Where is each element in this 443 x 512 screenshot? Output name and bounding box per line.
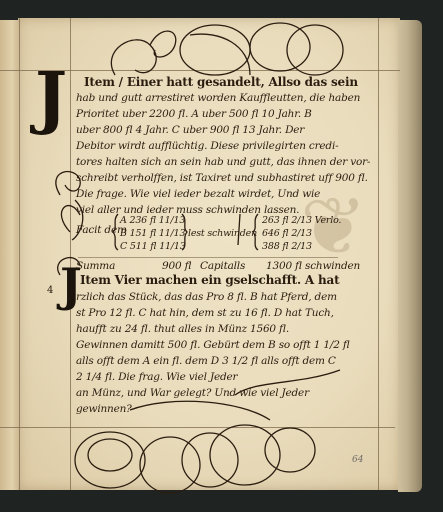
rule-summa [78, 257, 338, 258]
text-line: 2 1/4 fl. Die frag. Wie viel Jeder [76, 371, 237, 384]
summa-middle: Capitalls [200, 260, 245, 273]
text-line: Prioritet uber 2200 fl. A uber 500 fl 10… [76, 108, 312, 121]
text-line: schreibt verholffen, ist Taxiret und sub… [76, 172, 368, 185]
manuscript-scan: ❦ J J 4 [0, 0, 443, 512]
text-line: an Münz, und War gelegt? Und wie viel Je… [76, 387, 309, 400]
margin-number: 4 [47, 285, 53, 296]
text-line: uber 800 fl 4 Jahr. C uber 900 fl 13 Jah… [76, 124, 304, 137]
facit-value: B 151 fl 11/13 [120, 227, 185, 240]
loss-value: 388 fl 2/13 [262, 240, 312, 253]
decorated-initial-1: J [35, 58, 67, 138]
text-line: hab und gutt arrestiret worden Kauffleut… [76, 92, 360, 105]
summa-left: 900 fl [162, 260, 191, 273]
loss-label: lest schwinden [188, 227, 257, 240]
text-line: Die frage. Wie viel ieder bezalt wirdet,… [76, 188, 320, 201]
text-line: Debitor wirdt aufflüchtig. Diese privile… [76, 140, 338, 153]
text-line: Item Vier machen ein gselschafft. A hat [80, 274, 339, 287]
rule-outer-left [19, 18, 20, 490]
loss-value: 263 fl 2/13 Verlo. [262, 214, 341, 227]
summa-right: 1300 fl schwinden [266, 260, 360, 273]
facit-value: C 511 fl 11/13 [120, 240, 186, 253]
rule-right-margin [378, 18, 379, 490]
text-line: Item / Einer hatt gesandelt, Allso das s… [84, 76, 358, 89]
text-line: gewinnen? [76, 403, 132, 416]
book-edge [398, 20, 422, 492]
summa-label: Summa [76, 260, 115, 273]
text-line: haufft zu 24 fl. thut alles in Münz 1560… [76, 323, 289, 336]
text-line: alls offt dem A ein fl. dem D 3 1/2 fl a… [76, 355, 336, 368]
text-line: st Pro 12 fl. C hat hin, dem st zu 16 fl… [76, 307, 334, 320]
text-line: rzlich das Stück, das das Pro 8 fl. B ha… [76, 291, 337, 304]
rule-left-margin [70, 18, 71, 490]
facing-page-edge [0, 20, 20, 490]
text-line: Gewinnen damitt 500 fl. Gebürt dem B so … [76, 339, 350, 352]
text-line: tores halten sich an sein hab und gutt, … [76, 156, 370, 169]
loss-value: 646 fl 2/13 [262, 227, 312, 240]
page-number: 64 [352, 455, 363, 465]
rule-bottom [0, 427, 395, 428]
facit-value: A 236 fl 11/13 [120, 214, 185, 227]
